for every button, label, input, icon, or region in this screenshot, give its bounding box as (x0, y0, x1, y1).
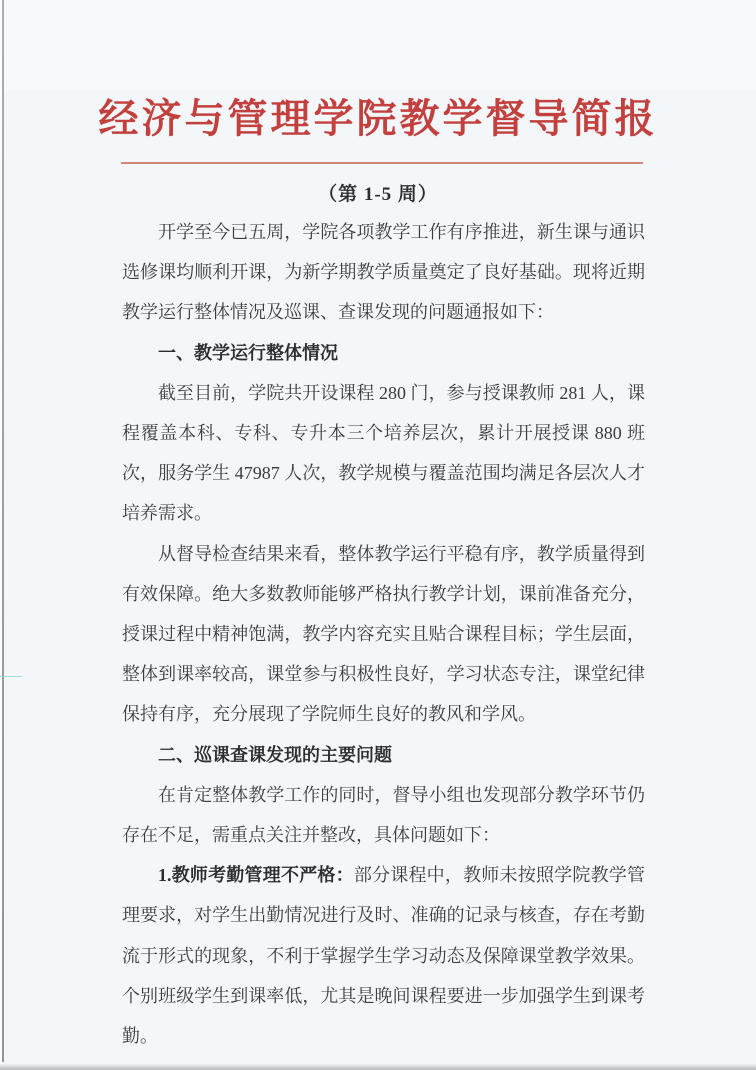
paper-top-area (4, 0, 756, 90)
scan-artifact-line (0, 676, 22, 677)
title-divider-line (121, 162, 643, 164)
problem1-lead-text: 1.教师考勤管理不严格： (158, 865, 354, 885)
scan-bottom-edge (0, 1064, 756, 1070)
section1-heading: 一、教学运行整体情况 (122, 333, 645, 373)
section1-paragraph-2: 从督导检查结果来看，整体教学运行平稳有序，教学质量得到有效保障。绝大多数教师能够… (122, 534, 645, 735)
document-subtitle: （第 1-5 周） (0, 179, 756, 206)
scan-left-edge-line (2, 0, 4, 1062)
section2-heading: 二、巡课查课发现的主要问题 (122, 735, 645, 775)
section2-paragraph-1: 在肯定整体教学工作的同时，督导小组也发现部分教学环节仍存在不足，需重点关注并整改… (122, 775, 645, 855)
document-body: 开学至今已五周，学院各项教学工作有序推进，新生课与通识选修课均顺利开课，为新学期… (122, 212, 645, 1056)
intro-paragraph: 开学至今已五周，学院各项教学工作有序推进，新生课与通识选修课均顺利开课，为新学期… (122, 212, 645, 333)
problem1-body-text: 部分课程中，教师未按照学院教学管理要求，对学生出勤情况进行及时、准确的记录与核查… (122, 865, 645, 1046)
section1-paragraph-1: 截至目前，学院共开设课程 280 门，参与授课教师 281 人，课程覆盖本科、专… (122, 373, 645, 534)
document-title: 经济与管理学院教学督导简报 (0, 96, 756, 142)
section2-problem-1: 1.教师考勤管理不严格：部分课程中，教师未按照学院教学管理要求，对学生出勤情况进… (122, 855, 645, 1056)
scanned-document-page: 经济与管理学院教学督导简报 （第 1-5 周） 开学至今已五周，学院各项教学工作… (0, 0, 756, 1070)
